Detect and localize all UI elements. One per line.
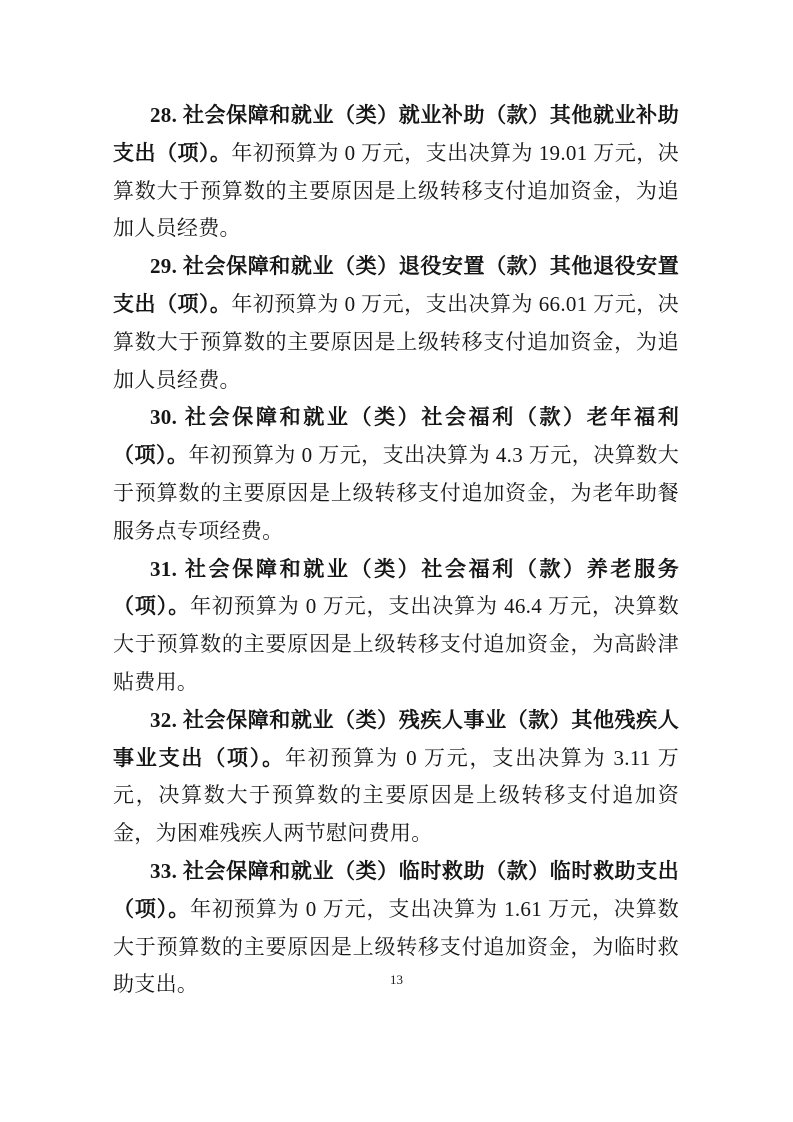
budget-paragraph-29: 29. 社会保障和就业（类）退役安置（款）其他退役安置支出（项）。年初预算为 0… [113, 248, 679, 399]
budget-paragraph-32: 32. 社会保障和就业（类）残疾人事业（款）其他残疾人事业支出（项）。年初预算为… [113, 702, 679, 853]
page-number: 13 [0, 972, 793, 988]
budget-paragraph-31: 31. 社会保障和就业（类）社会福利（款）养老服务（项）。年初预算为 0 万元，… [113, 551, 679, 702]
paragraph-body: 年初预算为 0 万元，支出决算为 4.3 万元，决算数大于预算数的主要原因是上级… [113, 443, 679, 543]
document-body: 28. 社会保障和就业（类）就业补助（款）其他就业补助支出（项）。年初预算为 0… [113, 97, 679, 1004]
paragraph-body: 年初预算为 0 万元，支出决算为 46.4 万元，决算数大于预算数的主要原因是上… [113, 594, 679, 694]
document-page: 28. 社会保障和就业（类）就业补助（款）其他就业补助支出（项）。年初预算为 0… [0, 0, 793, 1122]
budget-paragraph-28: 28. 社会保障和就业（类）就业补助（款）其他就业补助支出（项）。年初预算为 0… [113, 97, 679, 248]
budget-paragraph-30: 30. 社会保障和就业（类）社会福利（款）老年福利（项）。年初预算为 0 万元，… [113, 399, 679, 550]
